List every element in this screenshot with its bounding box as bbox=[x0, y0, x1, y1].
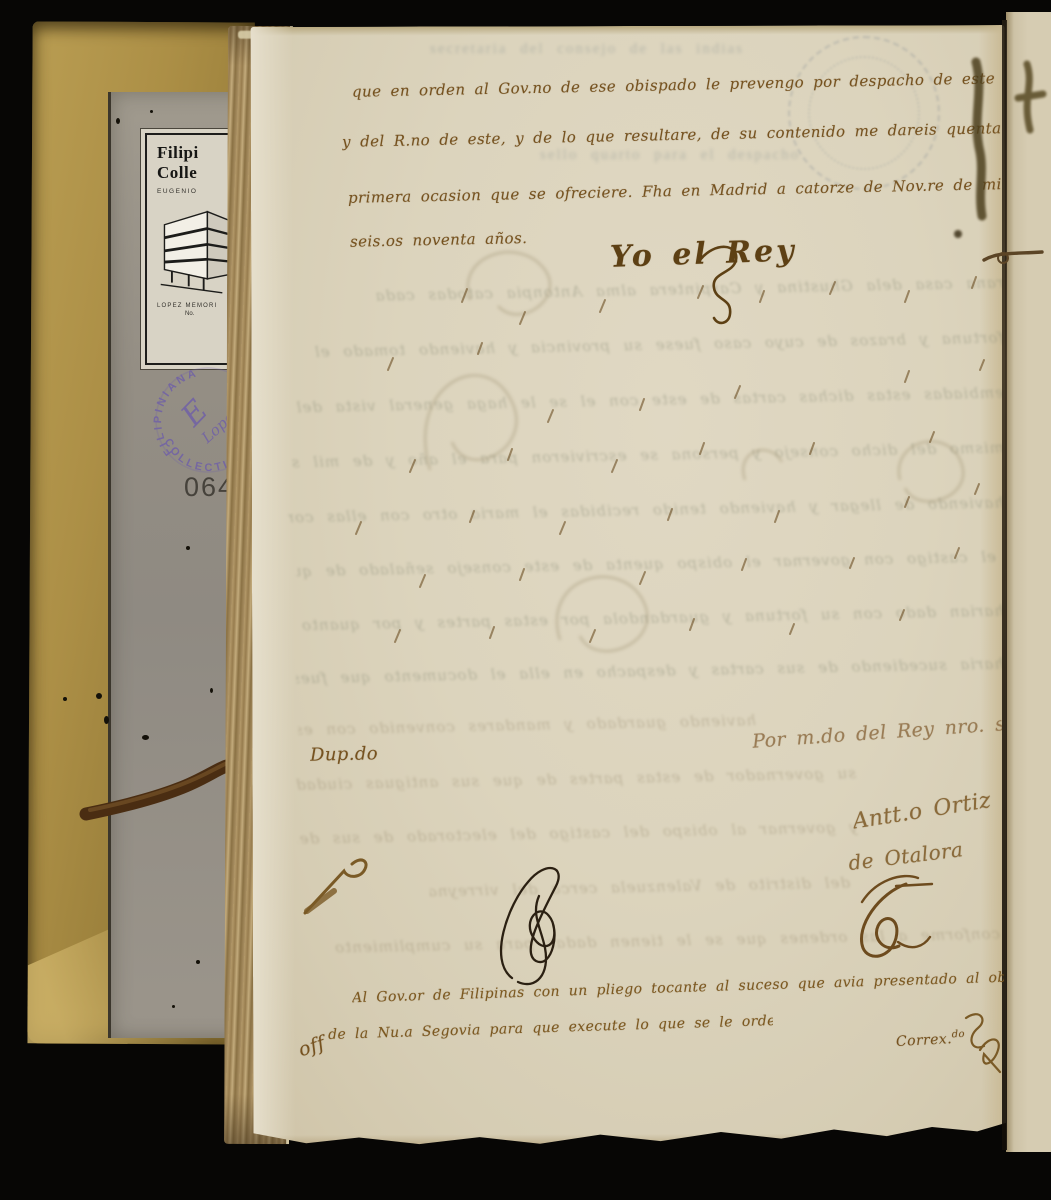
ink-speck bbox=[96, 693, 102, 699]
ink-speck bbox=[186, 546, 190, 550]
ink-speck bbox=[142, 735, 149, 740]
manuscript-photograph: Filipi Colle EUGENIO LOPEZ MEMORI No. bbox=[0, 0, 1051, 1200]
bleedthrough-line: sello quarto para el despacho general bbox=[540, 148, 800, 163]
ink-speck bbox=[172, 1005, 175, 1008]
bleedthrough-line: secretaria del consejo de las indias bbox=[430, 42, 760, 57]
paper-seal-watermark bbox=[788, 36, 940, 190]
ink-speck bbox=[63, 697, 67, 701]
ink-speck bbox=[196, 960, 200, 964]
ink-speck bbox=[150, 110, 153, 113]
royal-signature: Yo el Rey bbox=[609, 232, 830, 276]
ink-speck bbox=[104, 716, 109, 724]
ink-speck bbox=[116, 118, 120, 124]
ink-speck bbox=[210, 688, 213, 693]
correction-mark-base: Correx. bbox=[896, 1031, 953, 1050]
adjacent-page-edge bbox=[1006, 12, 1051, 1152]
correction-mark-sup: do bbox=[951, 1029, 965, 1041]
duplicate-note: Dup.do bbox=[310, 743, 380, 766]
